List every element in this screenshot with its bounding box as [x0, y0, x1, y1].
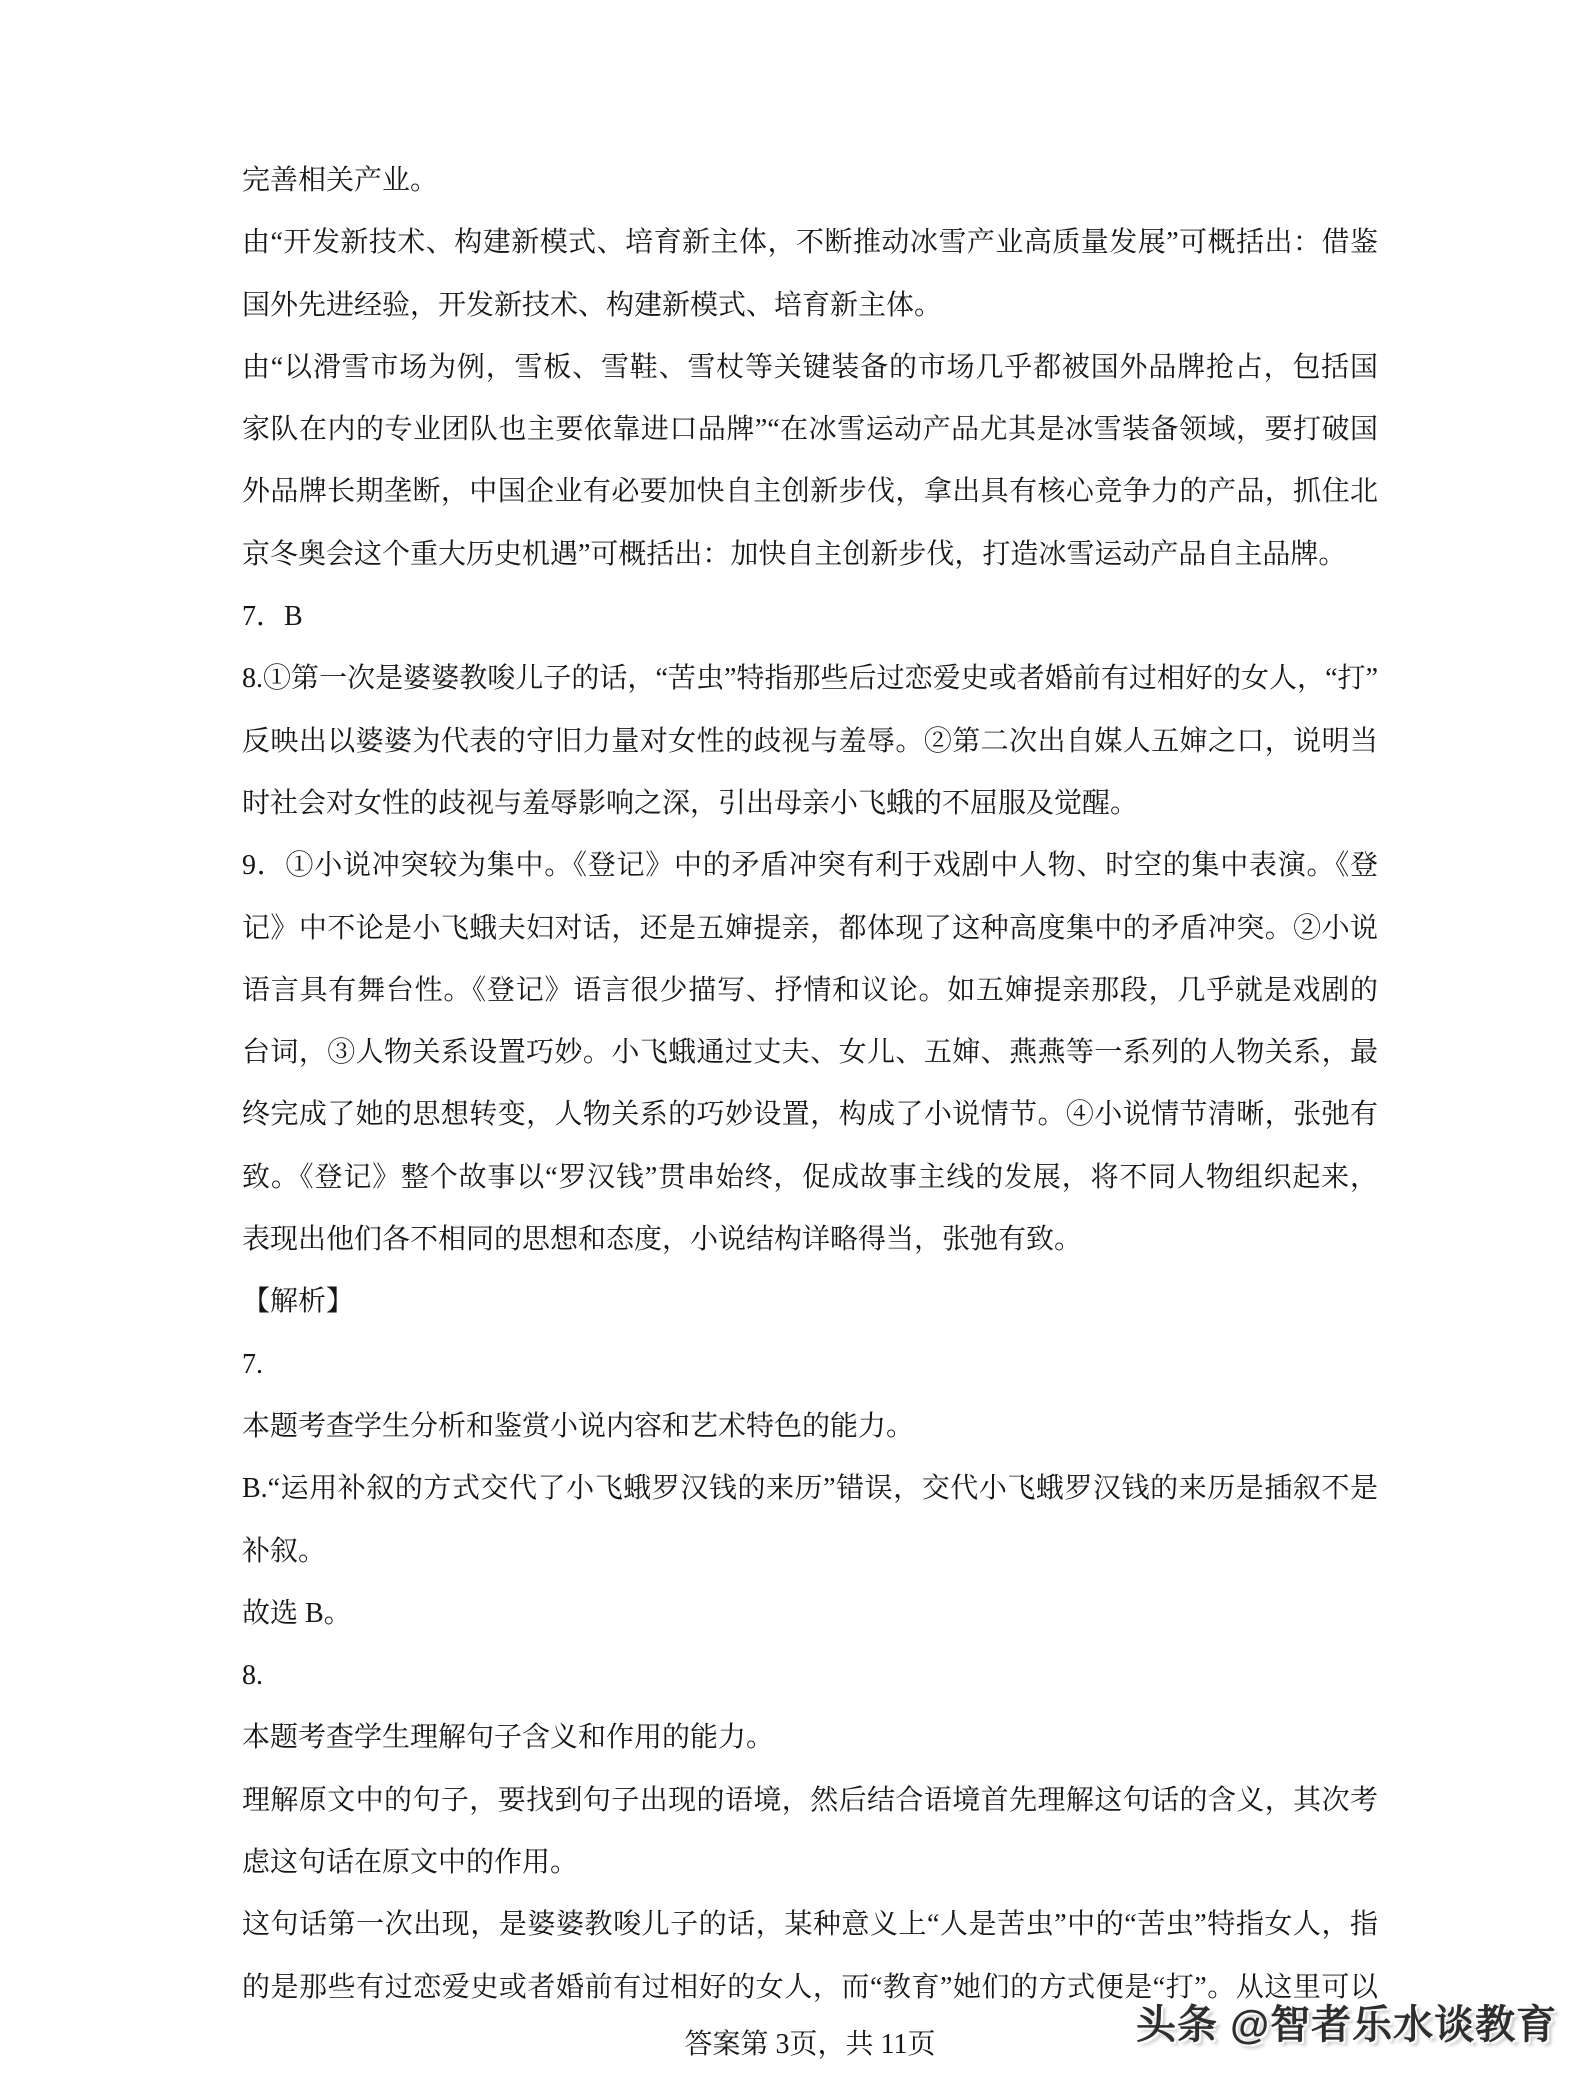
- text-line: 本题考查学生分析和鉴赏小说内容和艺术特色的能力。: [242, 1396, 1378, 1458]
- text-line: 8.①第一次是婆婆教唆儿子的话，“苦虫”特指那些后过恋爱史或者婚前有过相好的女人…: [242, 648, 1378, 710]
- text-line: 外品牌长期垄断，中国企业有必要加快自主创新步伐，拿出具有核心竞争力的产品，抓住北: [242, 461, 1378, 523]
- text-line: 台词，③人物关系设置巧妙。小飞蛾通过丈夫、女儿、五婶、燕燕等一系列的人物关系，最: [242, 1022, 1378, 1084]
- analysis-header: 【解析】: [242, 1271, 1378, 1333]
- item-8-label: 8.: [242, 1645, 1378, 1707]
- text-line: 理解原文中的句子，要找到句子出现的语境，然后结合语境首先理解这句话的含义，其次考: [242, 1770, 1378, 1832]
- text-line: 反映出以婆婆为代表的守旧力量对女性的歧视与羞辱。②第二次出自媒人五婶之口，说明当: [242, 711, 1378, 773]
- text-line: 虑这句话在原文中的作用。: [242, 1832, 1378, 1894]
- document-page: 完善相关产业。 由“开发新技术、构建新模式、培育新主体，不断推动冰雪产业高质量发…: [0, 0, 1587, 2074]
- text-line: 家队在内的专业团队也主要依靠进口品牌”“在冰雪运动产品尤其是冰雪装备领域，要打破…: [242, 399, 1378, 461]
- text-line: 9．①小说冲突较为集中。《登记》中的矛盾冲突有利于戏剧中人物、时空的集中表演。《…: [242, 835, 1378, 897]
- answer-7-label: 7．B: [242, 586, 1378, 648]
- text-line: 补叙。: [242, 1521, 1378, 1583]
- text-line: 终完成了她的思想转变，人物关系的巧妙设置，构成了小说情节。④小说情节清晰，张弛有: [242, 1084, 1378, 1146]
- text-line: 故选 B。: [242, 1583, 1378, 1645]
- text-line: 由“以滑雪市场为例，雪板、雪鞋、雪杖等关键装备的市场几乎都被国外品牌抢占，包括国: [242, 337, 1378, 399]
- text-line: 表现出他们各不相同的思想和态度，小说结构详略得当，张弛有致。: [242, 1209, 1378, 1271]
- text-line: 时社会对女性的歧视与羞辱影响之深，引出母亲小飞蛾的不屈服及觉醒。: [242, 773, 1378, 835]
- text-line: 语言具有舞台性。《登记》语言很少描写、抒情和议论。如五婶提亲那段，几乎就是戏剧的: [242, 960, 1378, 1022]
- answer-text-block: 完善相关产业。 由“开发新技术、构建新模式、培育新主体，不断推动冰雪产业高质量发…: [242, 150, 1378, 2019]
- text-line: 由“开发新技术、构建新模式、培育新主体，不断推动冰雪产业高质量发展”可概括出：借…: [242, 212, 1378, 274]
- item-7-label: 7.: [242, 1334, 1378, 1396]
- text-line: 国外先进经验，开发新技术、构建新模式、培育新主体。: [242, 275, 1378, 337]
- text-line: 记》中不论是小飞蛾夫妇对话，还是五婶提亲，都体现了这种高度集中的矛盾冲突。②小说: [242, 898, 1378, 960]
- text-line: B.“运用补叙的方式交代了小飞蛾罗汉钱的来历”错误，交代小飞蛾罗汉钱的来历是插叙…: [242, 1458, 1378, 1520]
- text-line: 京冬奥会这个重大历史机遇”可概括出：加快自主创新步伐，打造冰雪运动产品自主品牌。: [242, 524, 1378, 586]
- text-line: 完善相关产业。: [242, 150, 1378, 212]
- text-line: 这句话第一次出现，是婆婆教唆儿子的话，某种意义上“人是苦虫”中的“苦虫”特指女人…: [242, 1894, 1378, 1956]
- text-line: 致。《登记》整个故事以“罗汉钱”贯串始终，促成故事主线的发展，将不同人物组织起来…: [242, 1147, 1378, 1209]
- text-line: 本题考查学生理解句子含义和作用的能力。: [242, 1707, 1378, 1769]
- page-footer: 答案第 3页，共 11页: [242, 2022, 1378, 2062]
